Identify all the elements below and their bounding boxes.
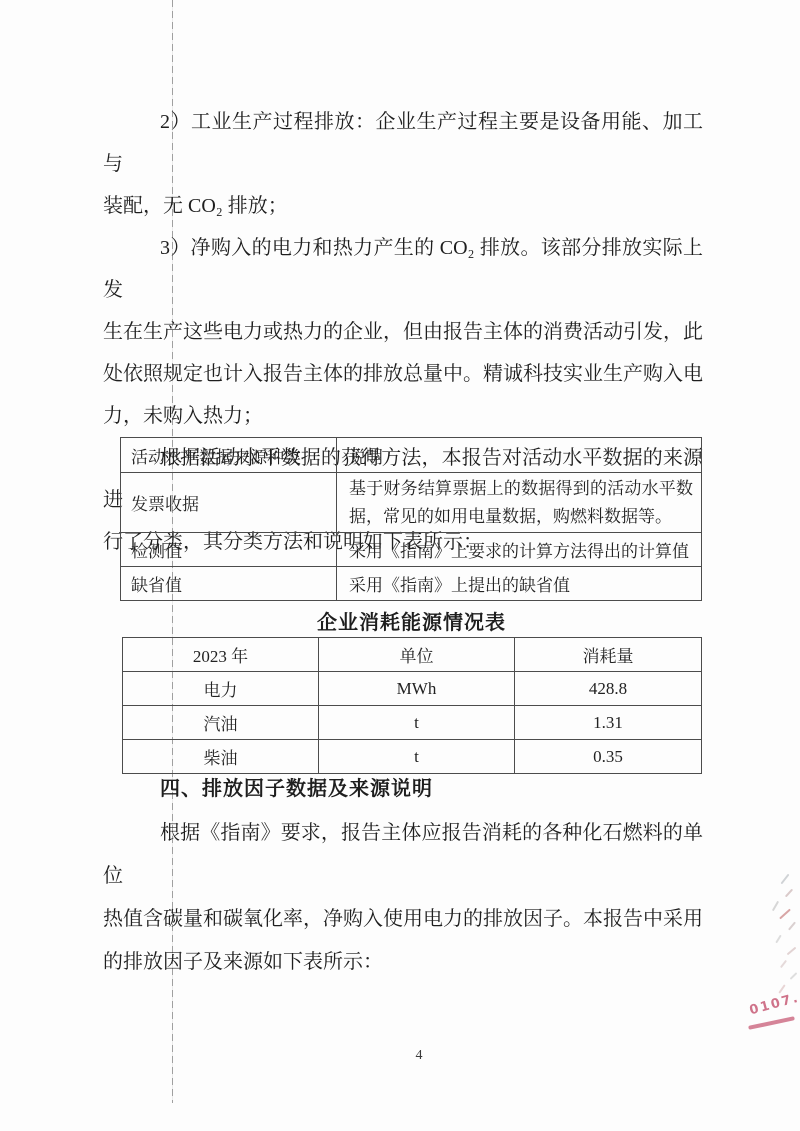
paragraph-line: 力，未购入热力；: [103, 395, 703, 437]
cell-unit: MWh: [319, 672, 515, 706]
paragraph-line: 3）净购入的电力和热力产生的 CO₂ 排放。该部分排放实际上发: [103, 227, 703, 311]
cell-source-type: 检测值: [121, 533, 337, 567]
stamp-stroke: [785, 889, 793, 898]
activity-data-source-table: 活动水平数据来源种类 说明 发票收据 基于财务结算票据上的数据得到的活动水平数 …: [120, 437, 702, 601]
header-cell-source-type: 活动水平数据来源种类: [121, 438, 337, 473]
paragraph-line: 2）工业生产过程排放：企业生产过程主要是设备用能、加工与: [103, 101, 703, 185]
stamp-stroke: [788, 922, 796, 931]
page-number: 4: [404, 1048, 434, 1064]
cell-source-type: 缺省值: [121, 567, 337, 601]
section-heading: 四、排放因子数据及来源说明: [160, 777, 433, 801]
stamp-stroke: [778, 984, 785, 993]
energy-table-title: 企业消耗能源情况表: [122, 606, 701, 635]
table-header-row: 活动水平数据来源种类 说明: [121, 438, 702, 473]
stamp-digits: 0107.: [748, 991, 800, 1019]
cell-description: 采用《指南》上提出的缺省值: [337, 567, 702, 601]
paragraph-line: 处依照规定也计入报告主体的排放总量中。精诚科技实业生产购入电: [103, 353, 703, 395]
cell-unit: t: [319, 740, 515, 774]
cell-amount: 1.31: [515, 706, 702, 740]
stamp-stroke: [781, 874, 790, 885]
cell-description: 采用《指南》上要求的计算方法得出的计算值: [337, 533, 702, 567]
cell-source-type: 发票收据: [121, 473, 337, 533]
table-row: 柴油 t 0.35: [123, 740, 702, 774]
paragraph-line: 热值含碳量和碳氧化率，净购入使用电力的排放因子。本报告中采用: [103, 898, 703, 941]
cell-amount: 0.35: [515, 740, 702, 774]
paragraph-line: 装配，无 CO₂ 排放；: [103, 185, 703, 227]
paragraph-line: 的排放因子及来源如下表所示：: [103, 941, 703, 984]
stamp-stroke: [790, 972, 798, 980]
cell-unit: t: [319, 706, 515, 740]
header-cell-amount: 消耗量: [515, 638, 702, 672]
cell-energy-type: 柴油: [123, 740, 319, 774]
cell-line: 据，常见的如用电量数据，购燃料数据等。: [349, 503, 693, 531]
stamp-stroke: [787, 947, 797, 956]
stamp-stroke: [772, 901, 779, 912]
table-row: 电力 MWh 428.8: [123, 672, 702, 706]
header-cell-unit: 单位: [319, 638, 515, 672]
table-row: 汽油 t 1.31: [123, 706, 702, 740]
cell-energy-type: 电力: [123, 672, 319, 706]
stamp-underline-mark: [748, 1016, 795, 1030]
scanned-report-page: 2）工业生产过程排放：企业生产过程主要是设备用能、加工与 装配，无 CO₂ 排放…: [0, 0, 800, 1131]
section-text-block: 根据《指南》要求，报告主体应报告消耗的各种化石燃料的单位 热值含碳量和碳氧化率，…: [103, 812, 703, 984]
stamp-stroke: [775, 935, 781, 944]
paragraph-line: 生在生产这些电力或热力的企业，但由报告主体的消费活动引发，此: [103, 311, 703, 353]
table-row: 发票收据 基于财务结算票据上的数据得到的活动水平数 据，常见的如用电量数据，购燃…: [121, 473, 702, 533]
stamp-stroke: [780, 960, 787, 968]
stamp-stroke: [779, 909, 791, 920]
paragraph-line: 根据《指南》要求，报告主体应报告消耗的各种化石燃料的单位: [103, 812, 703, 898]
header-cell-description: 说明: [337, 438, 702, 473]
table-row: 缺省值 采用《指南》上提出的缺省值: [121, 567, 702, 601]
table-row: 检测值 采用《指南》上要求的计算方法得出的计算值: [121, 533, 702, 567]
energy-consumption-table: 2023 年 单位 消耗量 电力 MWh 428.8 汽油 t 1.31 柴油 …: [122, 637, 702, 774]
cell-energy-type: 汽油: [123, 706, 319, 740]
cell-amount: 428.8: [515, 672, 702, 706]
header-cell-year: 2023 年: [123, 638, 319, 672]
table-header-row: 2023 年 单位 消耗量: [123, 638, 702, 672]
cell-description: 基于财务结算票据上的数据得到的活动水平数 据，常见的如用电量数据，购燃料数据等。: [337, 473, 702, 533]
cell-line: 基于财务结算票据上的数据得到的活动水平数: [349, 475, 693, 503]
